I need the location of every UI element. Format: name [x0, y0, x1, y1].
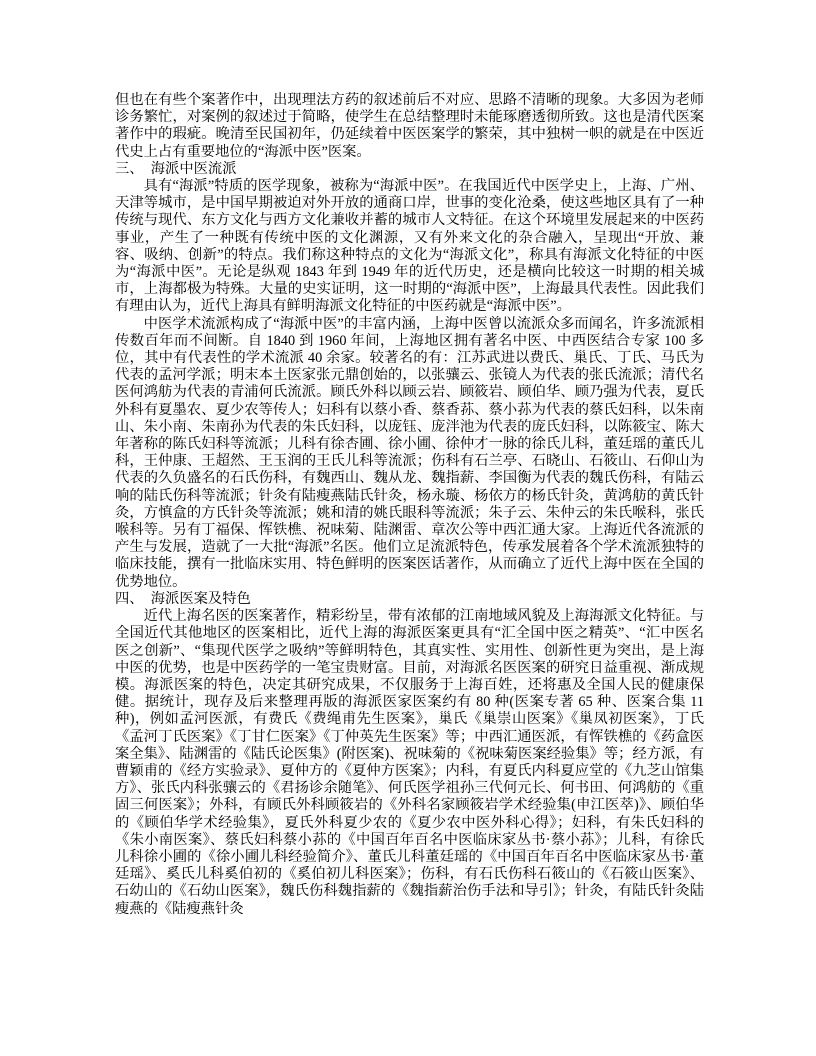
- paragraph-haipai-tcm-definition: 具有“海派”特质的医学现象，被称为“海派中医”。在我国近代中医学史上，上海、广州…: [115, 178, 704, 316]
- paragraph-medical-records-characteristics: 近代上海名医的医案著作，精彩纷呈，带有浓郁的江南地域风貌及上海海派文化特征。与全…: [115, 608, 704, 918]
- document-text-body: 但也在有些个案著作中，出现理法方药的叙述前后不对应、思路不清晰的现象。大多因为老…: [115, 92, 704, 918]
- document-page: 但也在有些个案著作中，出现理法方药的叙述前后不对应、思路不清晰的现象。大多因为老…: [0, 0, 816, 1056]
- section-heading-four-haipai-medical-records: 四、 海派医案及特色: [115, 591, 704, 608]
- paragraph-qing-medical-case-flaws: 但也在有些个案著作中，出现理法方药的叙述前后不对应、思路不清晰的现象。大多因为老…: [115, 92, 704, 161]
- section-heading-three-haipai-tcm-schools: 三、 海派中医流派: [115, 161, 704, 178]
- paragraph-academic-schools-list: 中医学术流派构成了“海派中医”的丰富内涵，上海中医曾以流派众多而闻名，许多流派相…: [115, 316, 704, 591]
